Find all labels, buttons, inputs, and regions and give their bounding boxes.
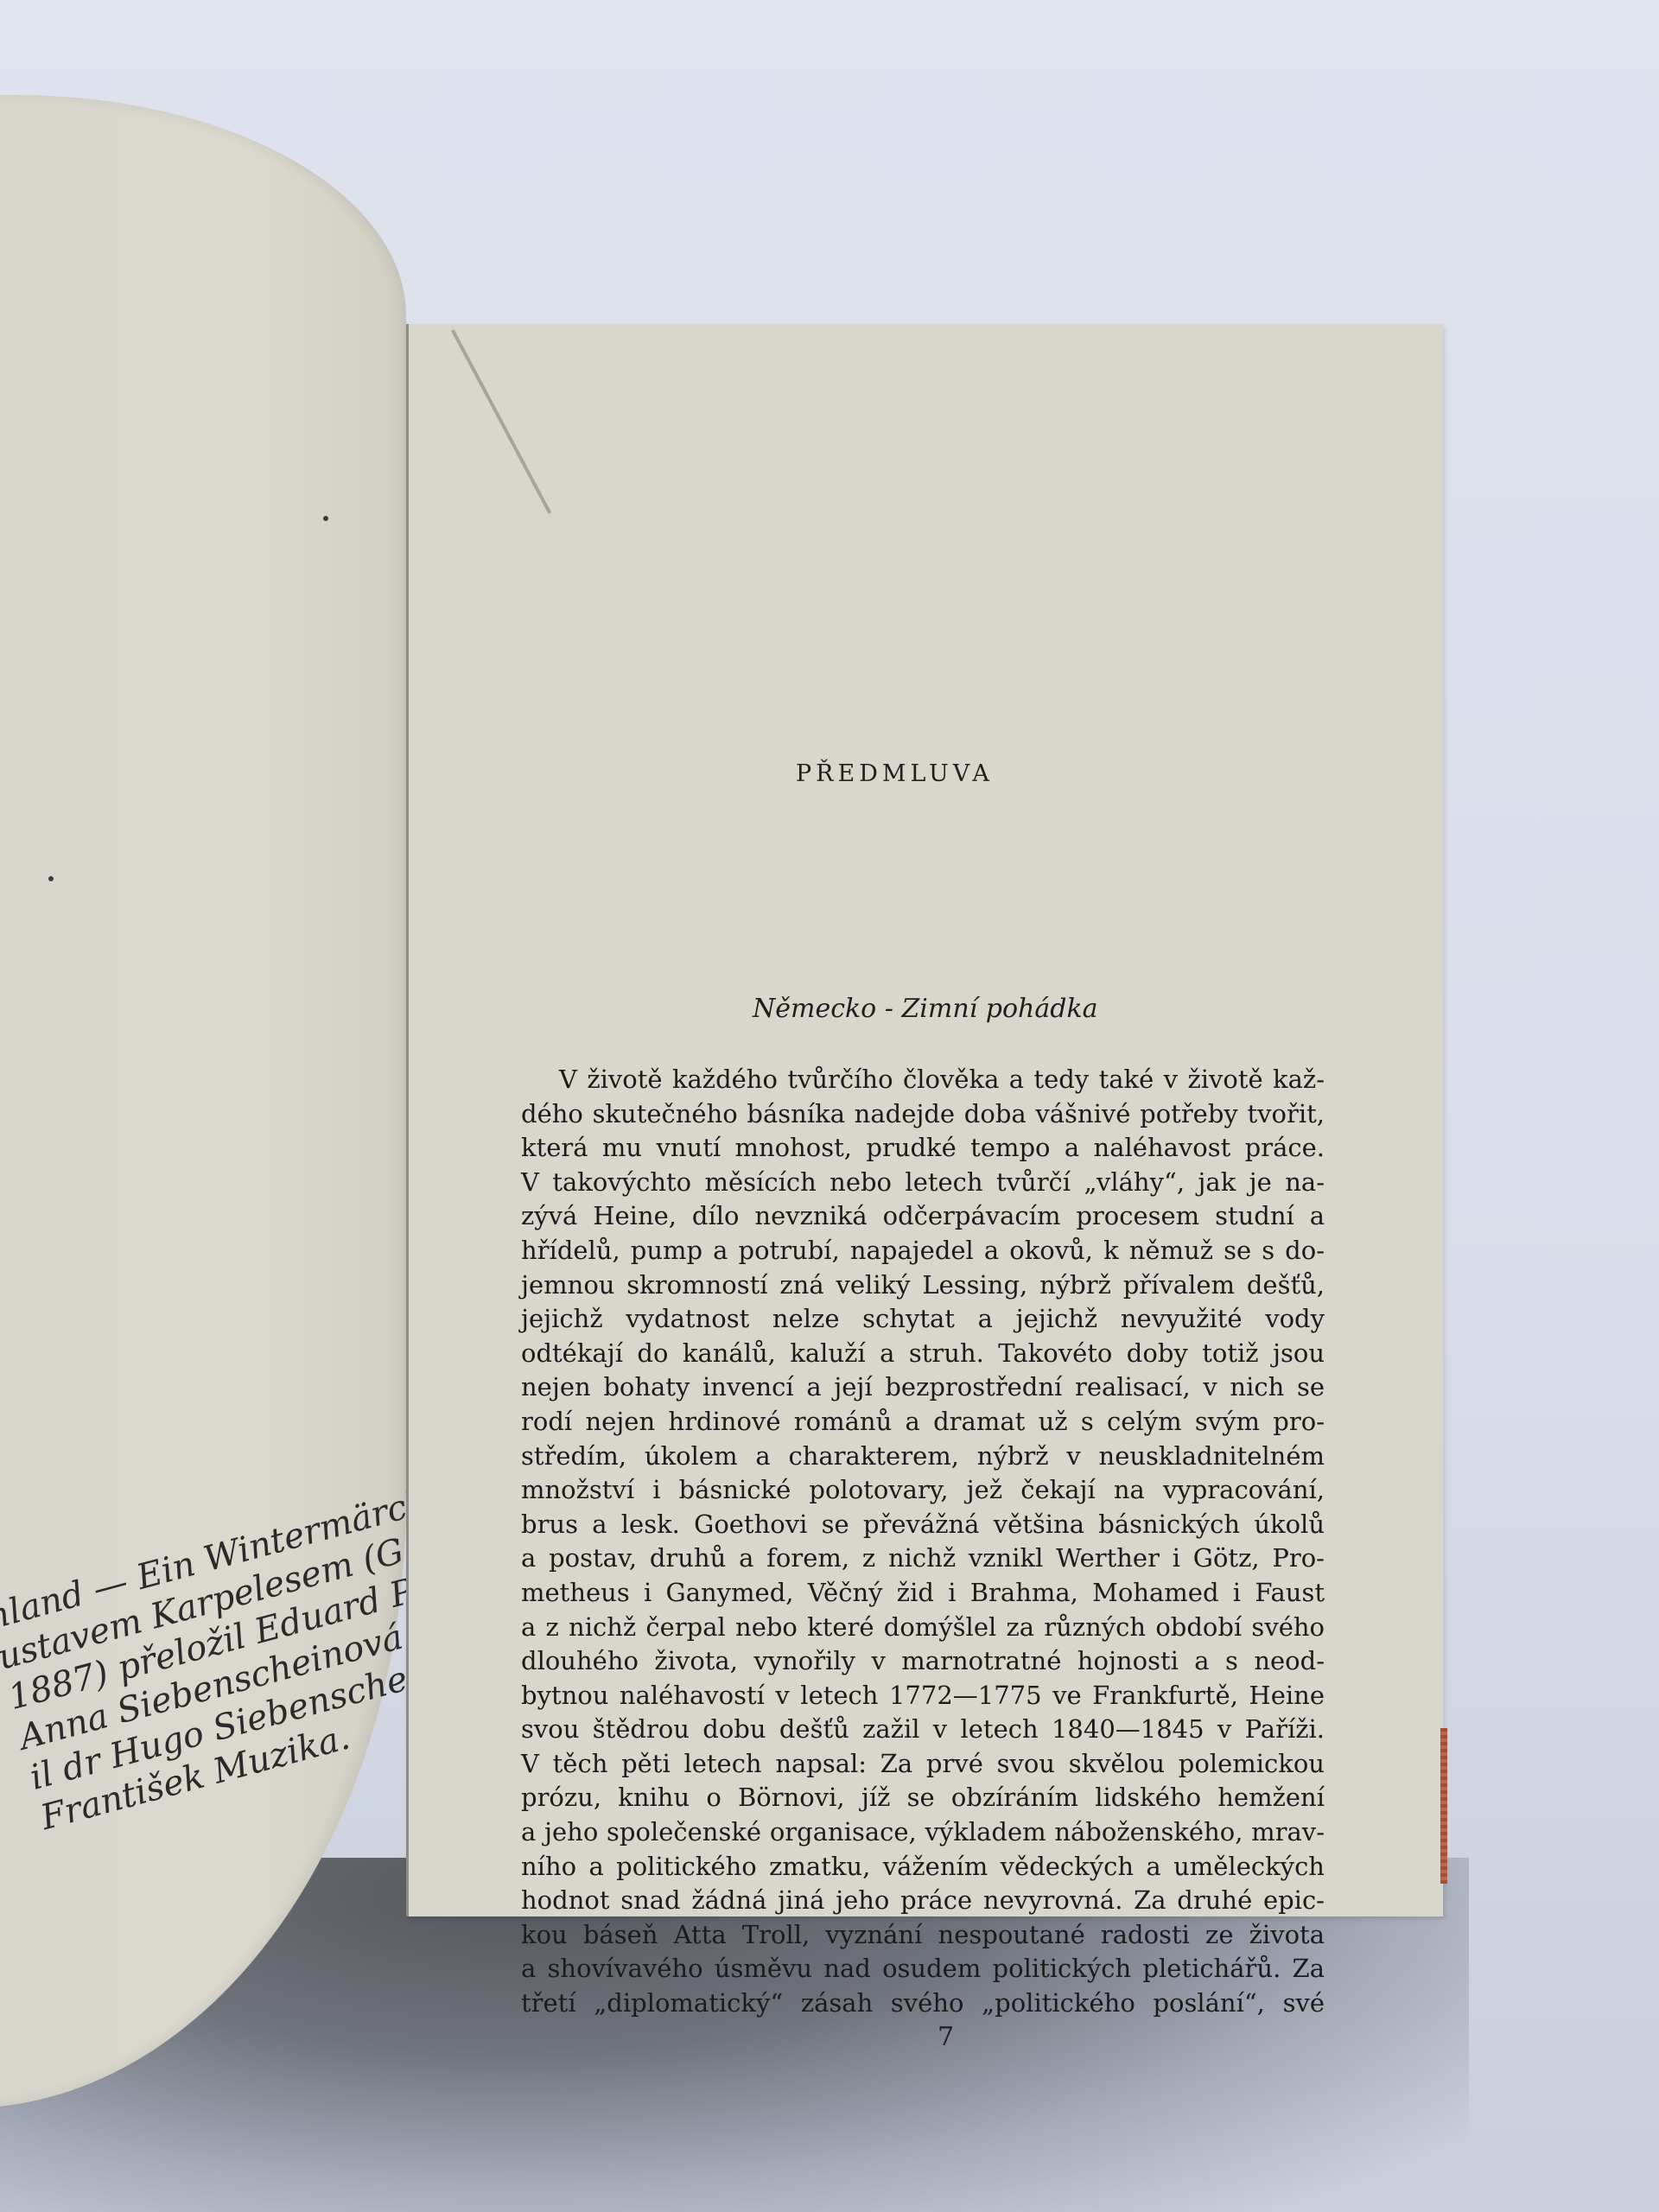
- text-line: prózu, knihu o Börnovi, jíž se obzíráním…: [521, 1781, 1325, 1815]
- page-title: PŘEDMLUVA: [409, 760, 1443, 787]
- text-line: svou štědrou dobu dešťů zažil v letech 1…: [521, 1713, 1325, 1747]
- paper-speck: [48, 876, 54, 881]
- text-line: V životě každého tvůrčího člověka a tedy…: [521, 1063, 1325, 1097]
- book-spine-edge: [1440, 1728, 1447, 1884]
- right-page: PŘEDMLUVA Německo - Zimní pohádka V živo…: [406, 324, 1443, 1916]
- text-line: nejen bohaty invencí a její bezprostředn…: [521, 1370, 1325, 1405]
- text-line: a shovívavého úsměvu nad osudem politick…: [521, 1952, 1325, 1986]
- text-line: V těch pěti letech napsal: Za prvé svou …: [521, 1747, 1325, 1782]
- text-line: V takovýchto měsících nebo letech tvůrčí…: [521, 1166, 1325, 1200]
- text-line: brus a lesk. Goethovi se převážná většin…: [521, 1508, 1325, 1542]
- text-line: hodnot snad žádná jiná jeho práce nevyro…: [521, 1884, 1325, 1918]
- text-line: a jeho společenské organisace, výkladem …: [521, 1815, 1325, 1850]
- text-line: ního a politického zmatku, vážením vědec…: [521, 1850, 1325, 1885]
- text-line: která mu vnutí mnohost, prudké tempo a n…: [521, 1131, 1325, 1166]
- text-line: dlouhého života, vynořily v marnotratné …: [521, 1644, 1325, 1679]
- text-line: množství i básnické polotovary, jež čeka…: [521, 1473, 1325, 1508]
- text-line: dého skutečného básníka nadejde doba váš…: [521, 1097, 1325, 1132]
- text-line: odtékají do kanálů, kaluží a struh. Tako…: [521, 1337, 1325, 1371]
- text-line: středím, úkolem a charakterem, nýbrž v n…: [521, 1440, 1325, 1474]
- text-line: jemnou skromností zná veliký Lessing, ný…: [521, 1268, 1325, 1303]
- text-line: jejichž vydatnost nelze schytat a jejich…: [521, 1302, 1325, 1337]
- text-line: kou báseň Atta Troll, vyznání nespoutané…: [521, 1918, 1325, 1953]
- text-line: hřídelů, pump a potrubí, napajedel a oko…: [521, 1234, 1325, 1268]
- body-text: V životě každého tvůrčího člověka a tedy…: [521, 1063, 1325, 2021]
- text-line: metheus i Ganymed, Věčný žid i Brahma, M…: [521, 1576, 1325, 1611]
- text-line: rodí nejen hrdinové románů a dramat už s…: [521, 1405, 1325, 1440]
- section-subtitle: Německo - Zimní pohádka: [753, 994, 1098, 1024]
- paper-speck: [323, 516, 328, 521]
- text-line: a postav, druhů a forem, z nichž vznikl …: [521, 1541, 1325, 1576]
- text-line: bytnou naléhavostí v letech 1772—1775 ve…: [521, 1679, 1325, 1713]
- text-line: zývá Heine, dílo nevzniká odčerpávacím p…: [521, 1199, 1325, 1234]
- text-line: a z nichž čerpal nebo které domýšlel za …: [521, 1611, 1325, 1645]
- text-line: třetí „diplomatický“ zásah svého „politi…: [521, 1986, 1325, 2021]
- page-number: 7: [938, 2022, 954, 2052]
